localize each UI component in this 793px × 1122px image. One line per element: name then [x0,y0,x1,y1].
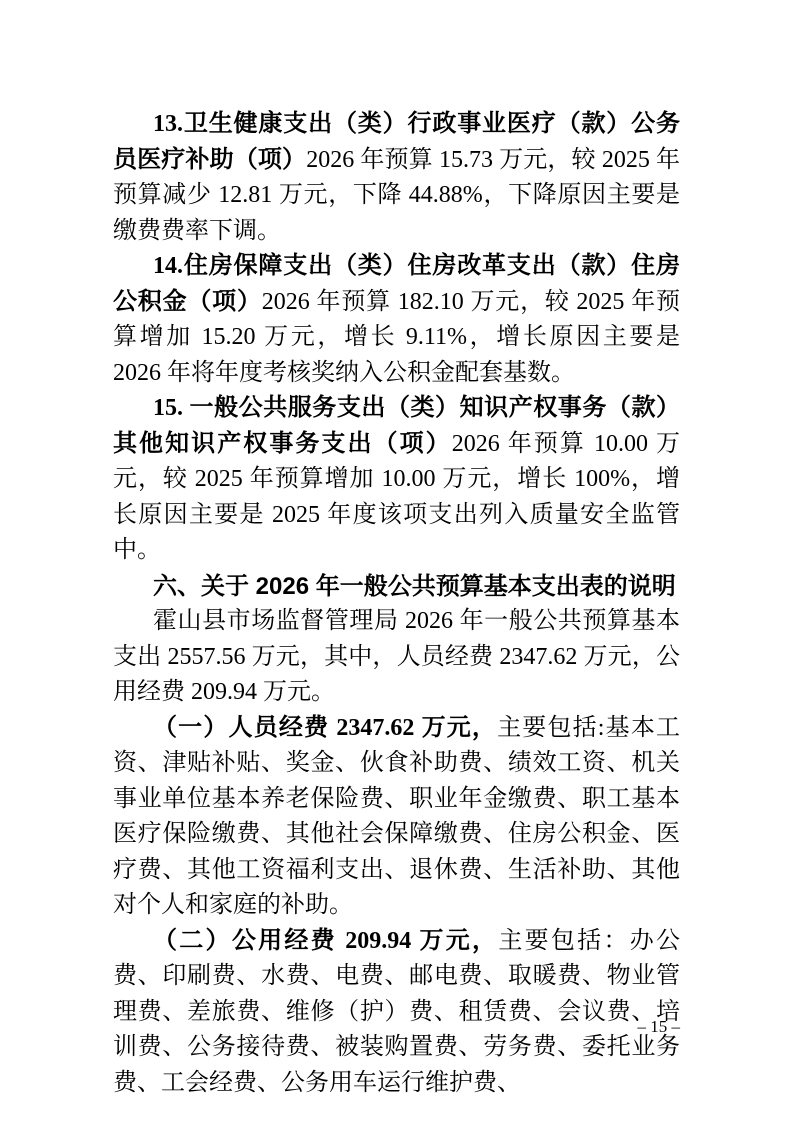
paragraph-basic-expenditure-intro: 霍山县市场监督管理局 2026 年一般公共预算基本支出 2557.56 万元，其… [113,604,680,711]
paragraph-ipr-expense: 15. 一般公共服务支出（类）知识产权事务（款）其他知识产权事务支出（项）202… [113,391,680,569]
paragraph-health-expense: 13.卫生健康支出（类）行政事业医疗（款）公务员医疗补助（项）2026 年预算 … [113,107,680,249]
document-body: 13.卫生健康支出（类）行政事业医疗（款）公务员医疗补助（项）2026 年预算 … [113,107,680,1101]
paragraph-public-funds-lead: （二）公用经费 209.94 万元， [153,928,498,954]
section-heading-basic-expenditure: 六、关于 2026 年一般公共预算基本支出表的说明 [113,569,680,605]
paragraph-personnel-funds: （一）人员经费 2347.62 万元，主要包括:基本工资、津贴补贴、奖金、伙食补… [113,711,680,924]
paragraph-housing-expense: 14.住房保障支出（类）住房改革支出（款）住房公积金（项）2026 年预算 18… [113,249,680,391]
paragraph-personnel-funds-body: 主要包括:基本工资、津贴补贴、奖金、伙食补助费、绩效工资、机关事业单位基本养老保… [113,715,680,919]
document-page: 13.卫生健康支出（类）行政事业医疗（款）公务员医疗补助（项）2026 年预算 … [0,0,793,1122]
paragraph-public-funds: （二）公用经费 209.94 万元，主要包括：办公费、印刷费、水费、电费、邮电费… [113,924,680,1102]
page-number: – 15 – [638,1016,681,1038]
paragraph-personnel-funds-lead: （一）人员经费 2347.62 万元， [153,715,497,741]
